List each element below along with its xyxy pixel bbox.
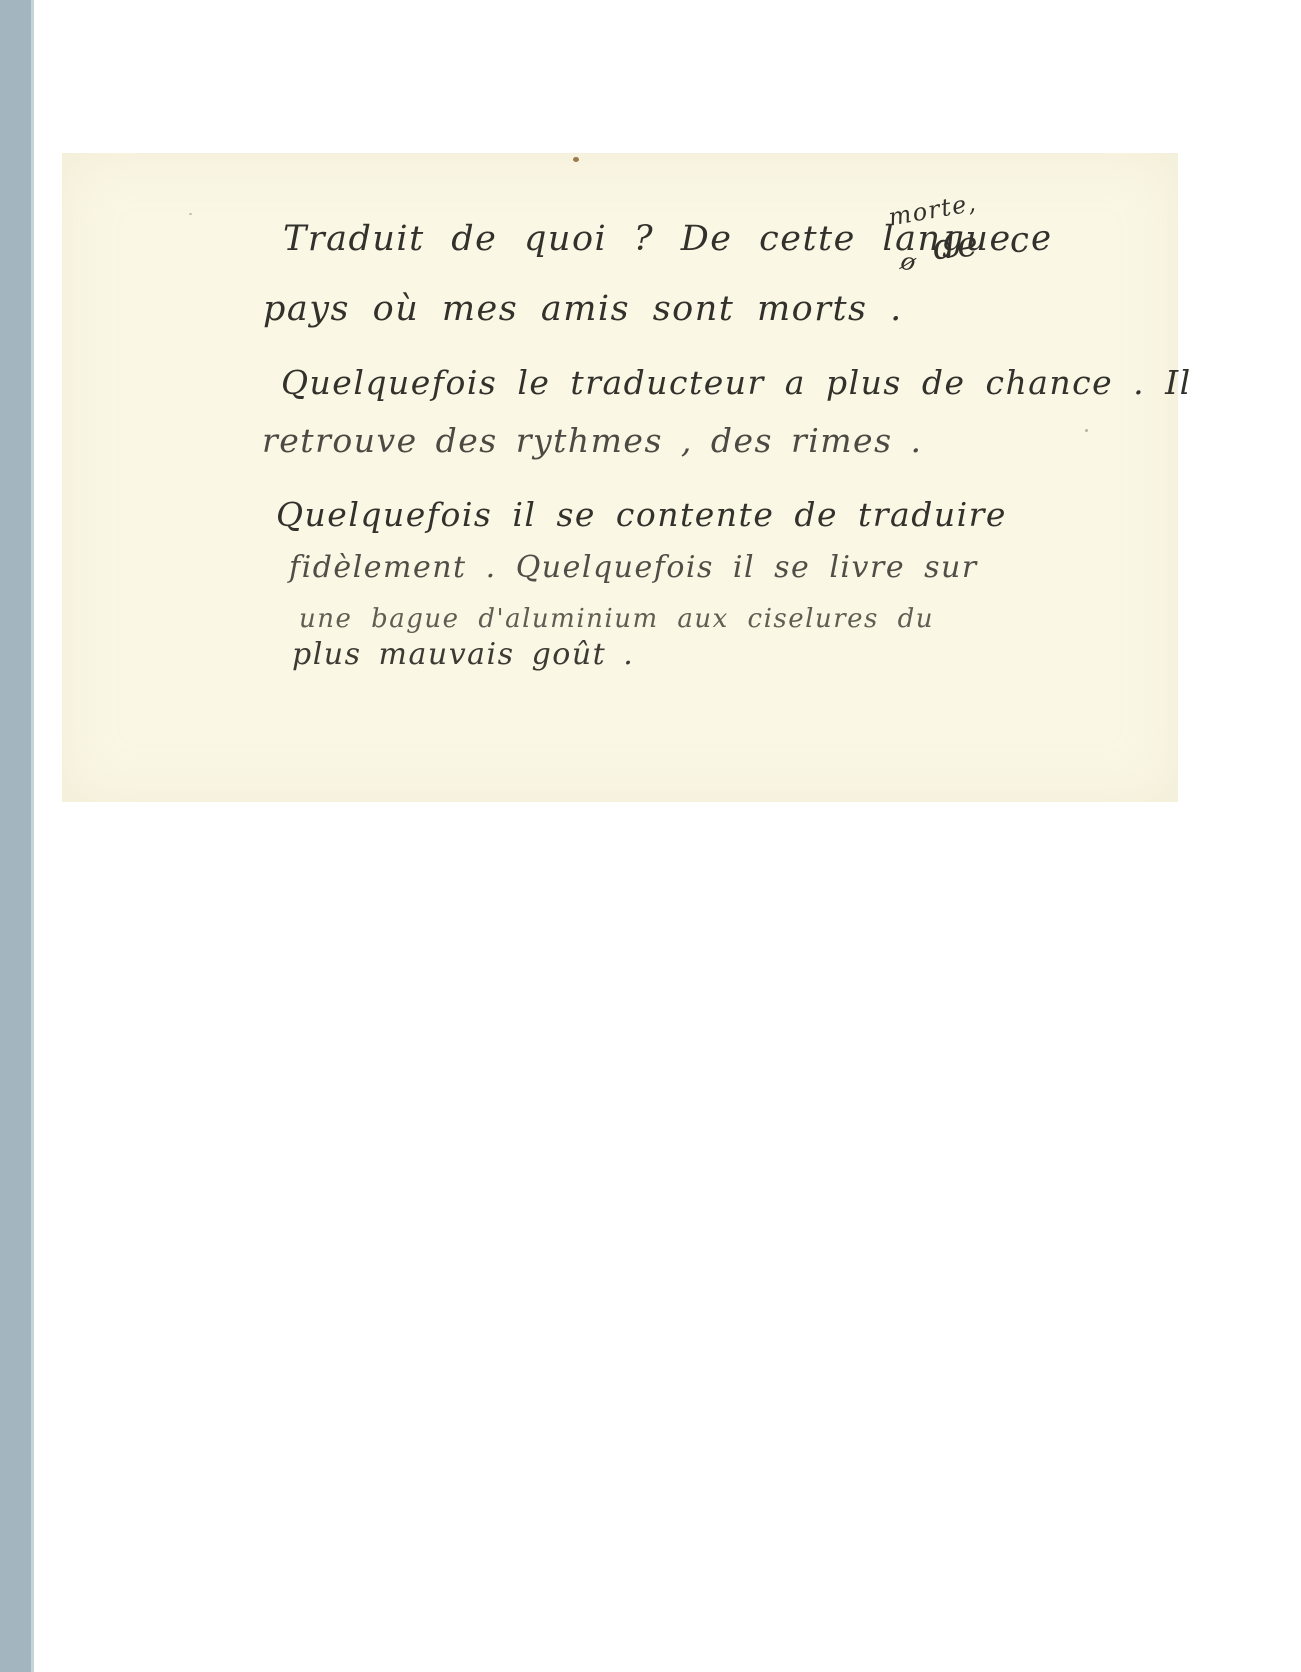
handwritten-line-5: Quelquefois il se contente de traduire xyxy=(276,498,1007,531)
handwritten-line-6: fidèlement . Quelquefois il se livre sur xyxy=(289,553,978,583)
handwritten-line-8: plus mauvais goût . xyxy=(292,640,634,670)
foxing-spot xyxy=(573,157,579,162)
ink-dot-right xyxy=(1085,429,1088,432)
ink-dot-topleft xyxy=(189,213,192,215)
left-edge-bar xyxy=(0,0,34,1672)
page: Traduit de quoi ? De cette langue morte,… xyxy=(0,0,1301,1672)
handwritten-line-1-tail: de ce xyxy=(932,221,1055,266)
handwritten-line-3: Quelquefois le traducteur a plus de chan… xyxy=(281,366,1192,399)
handwritten-line-4: retrouve des rythmes , des rimes . xyxy=(262,424,923,457)
insertion-caret-mark: ø xyxy=(899,249,920,276)
handwritten-line-7: une bague d'aluminium aux ciselures du xyxy=(299,606,934,632)
handwritten-line-2: pays où mes amis sont morts . xyxy=(263,292,903,327)
manuscript-sheet: Traduit de quoi ? De cette langue morte,… xyxy=(62,153,1178,802)
